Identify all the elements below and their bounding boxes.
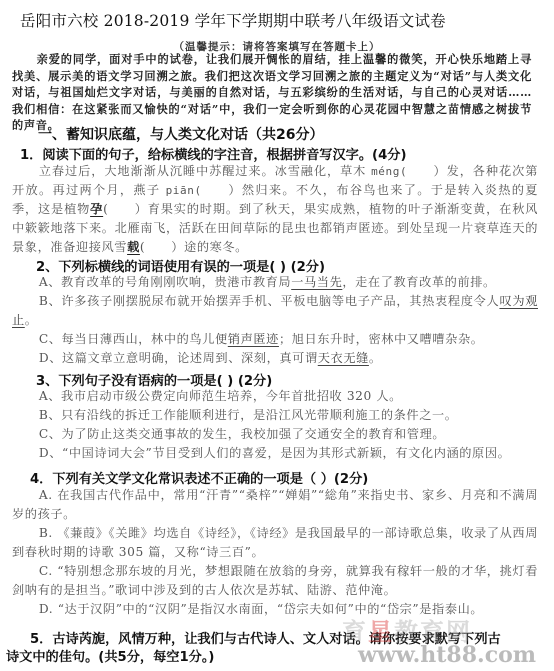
question-5-title-line2: 诗文中的佳句。(共5分，每空1分。) [6, 646, 214, 665]
q2-option-c[interactable]: C、每当日薄西山，林中的鸟儿便销声匿迹；旭日东升时，密林中又嘈嘈杂杂。 [12, 330, 538, 349]
q1-paren: ( [140, 240, 145, 254]
question-1-title: 1．阅读下面的句子，给标横线的字注音，根据拼音写汉字。(4分) [20, 144, 406, 163]
q4-option-b[interactable]: B. 《蒹葭》《关雎》均选自《诗经》，《诗经》是我国最早的一部诗歌总集，收录了从… [12, 524, 538, 562]
q4-option-c[interactable]: C. “特别想念那东坡的月光，梦想跟随在放翁的身旁，就算我有稼轩一般的才华，挑灯… [12, 562, 538, 600]
q4-option-d[interactable]: D. “达于汉阴”中的“汉阴”是指汉水南面，“岱宗夫如何”中的“岱宗”是指泰山。 [12, 600, 538, 619]
exam-title: 岳阳市六校 2018-2019 学年下学期期中联考八年级语文试卷 [20, 9, 446, 31]
q2-option-b[interactable]: B、许多孩子刚摆脱尿布就开始摆弄手机、平板电脑等电子产品，其热衷程度令人叹为观止… [12, 292, 538, 330]
q1-text-5: ）途的寒冬。 [171, 240, 248, 254]
q3-option-b[interactable]: B、只有沿线的拆迁工作能顺利进行，是沿江风光带顺利施工的条件之一。 [12, 406, 538, 425]
pinyin-pian: piān( [166, 184, 202, 197]
q3-option-d[interactable]: D、“中国诗词大会”节目受到人们的喜爱，是因为其形式新颖，有文化内涵的原因。 [12, 444, 538, 463]
pinyin-meng: méng( [371, 165, 407, 178]
q2-option-d[interactable]: D、这篇文章立意明确，论述周到、深刻，真可谓天衣无缝。 [12, 349, 538, 368]
exam-page: 岳阳市六校 2018-2019 学年下学期期中联考八年级语文试卷 （温馨提示：请… [0, 0, 554, 671]
section-1-title: 一、蓄知识底蕴，与人类文化对话（共26分） [38, 124, 323, 144]
question-4-options: A. 在我国古代作品中，常用“汗青”“桑梓”“婵娟”“総角”来指史书、家乡、月亮… [12, 486, 538, 619]
marked-char-yun: 孕 [90, 202, 103, 216]
q3-option-c[interactable]: C、为了防止这类交通事故的发生，我校加强了交通安全的教育和管理。 [12, 425, 538, 444]
question-3-options: A、我市启动市级公费定向师范生培养，今年首批招收 320 人。 B、只有沿线的拆… [12, 387, 538, 463]
q1-paren: ( [103, 202, 108, 216]
exam-intro: 亲爱的同学，面对手中的试卷，让我们展开惆怅的眉结，挂上温馨的微笑，开心快乐地踏上… [12, 51, 532, 134]
question-2-options: A、教育改革的号角刚刚吹响，贵港市教育局一马当先，走在了教育改革的前排。 B、许… [12, 273, 538, 368]
q3-option-a[interactable]: A、我市启动市级公费定向师范生培养，今年首批招收 320 人。 [12, 387, 538, 406]
q2-option-a[interactable]: A、教育改革的号角刚刚吹响，贵港市教育局一马当先，走在了教育改革的前排。 [12, 273, 538, 292]
q1-text-1: 立春过后，大地渐渐从沉睡中苏醒过来。冰雪融化，草木 [39, 164, 371, 178]
marked-char-zai: 载 [127, 240, 140, 254]
q4-option-a[interactable]: A. 在我国古代作品中，常用“汗青”“桑梓”“婵娟”“総角”来指史书、家乡、月亮… [12, 486, 538, 524]
question-4-title: 4．下列有关文学文化常识表述不正确的一项是（ ）(2分) [30, 468, 368, 487]
question-1-passage: 立春过后，大地渐渐从沉睡中苏醒过来。冰雪融化，草木 méng(）发，各种花次第开… [12, 162, 538, 257]
question-5-title-line1: 5．古诗芮旎，风情万种，让我们与古代诗人、文人对话。请你按要求默写下列古 [30, 628, 501, 647]
